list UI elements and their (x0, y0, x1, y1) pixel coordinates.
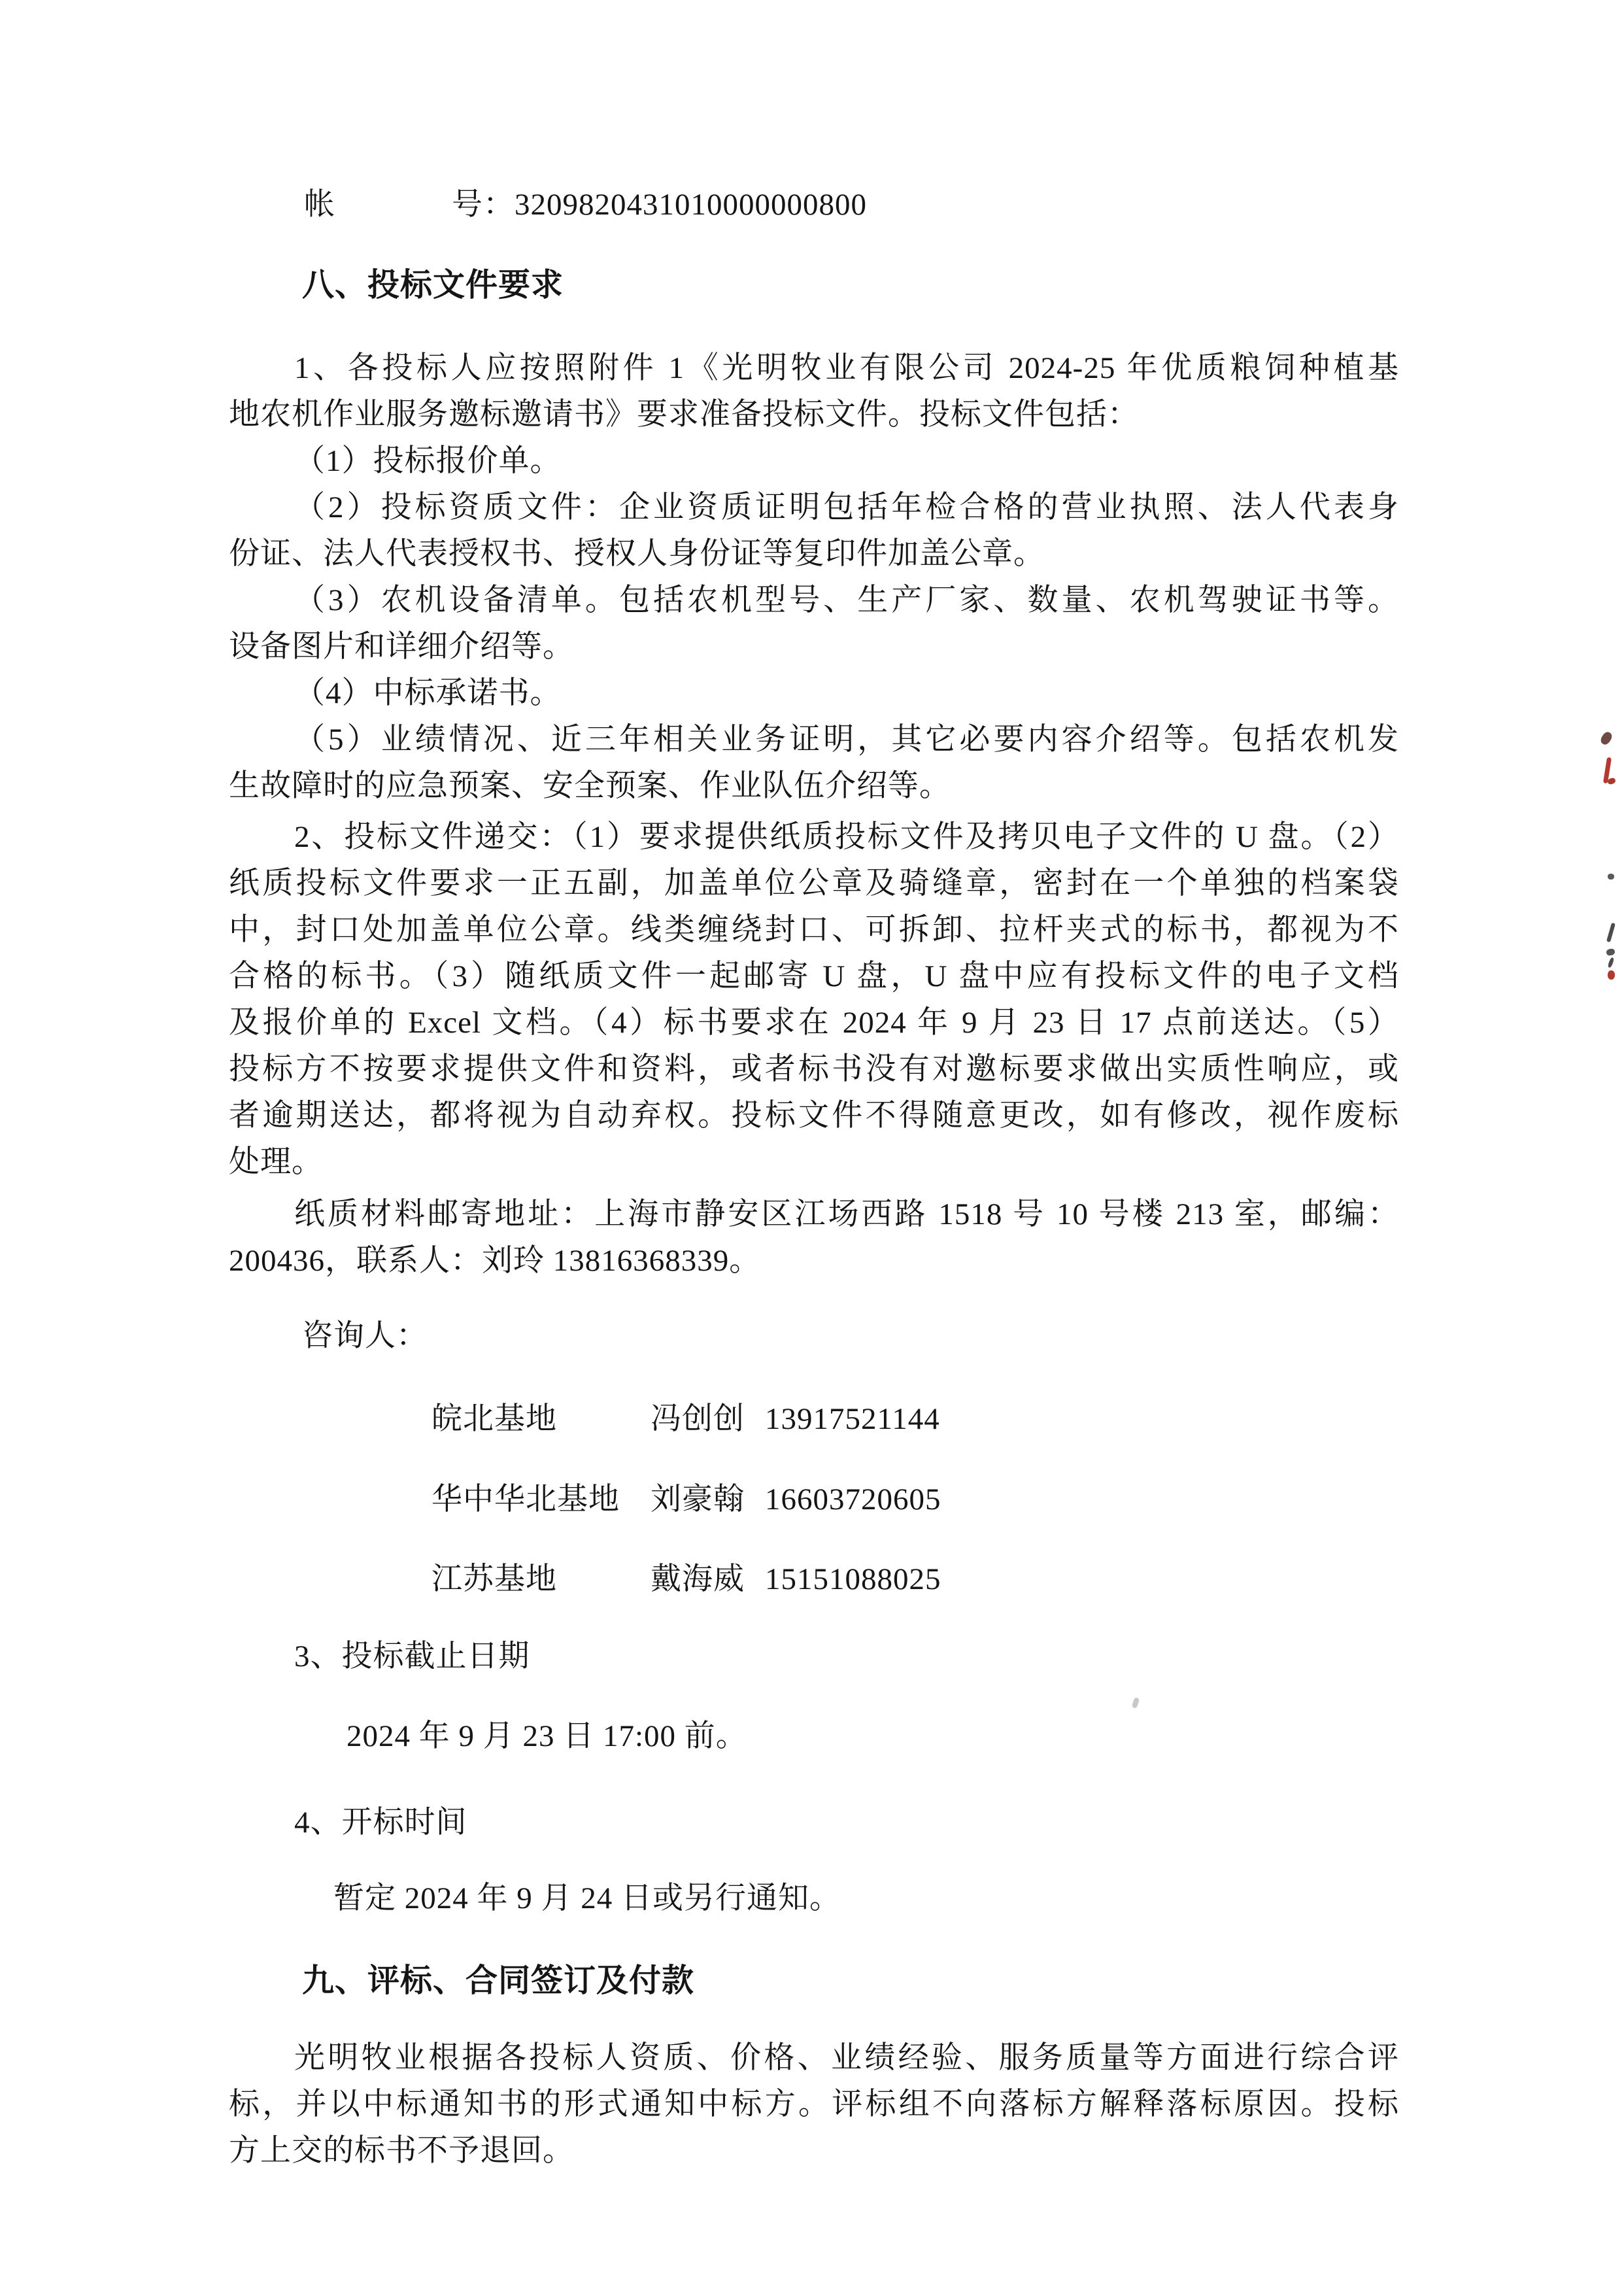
section-4-title: 4、开标时间 (229, 1800, 1399, 1846)
account-line: 帐号：3209820431010000000800 (229, 182, 1399, 228)
ink-mark (1132, 1697, 1140, 1709)
contact-row: 华中华北基地 刘豪翰 16603720605 (229, 1477, 1399, 1523)
contact-row: 皖北基地 冯创创 13917521144 (229, 1396, 1399, 1443)
bid-opening-time: 暂定 2024 年 9 月 24 日或另行通知。 (229, 1875, 1399, 1922)
text-line: 处理。 (229, 1139, 1399, 1186)
consultants-label: 咨询人： (229, 1313, 1399, 1360)
para-mailing-address: 纸质材料邮寄地址：上海市静安区江场西路 1518 号 10 号楼 213 室，邮… (229, 1191, 1399, 1284)
ink-mark (1606, 923, 1616, 942)
contact-base: 皖北基地 (431, 1396, 651, 1443)
text-line: 2024 年 9 月 23 日 17:00 前。 (347, 1713, 1399, 1760)
text-line: 地农机作业服务邀标邀请书》要求准备投标文件。投标文件包括： (229, 392, 1399, 438)
contact-name: 戴海威 (651, 1556, 765, 1603)
text-line: 份证、法人代表授权书、授权人身份证等复印件加盖公章。 (229, 531, 1399, 577)
text-line: （4）中标承诺书。 (229, 670, 1399, 717)
text-line: 暂定 2024 年 9 月 24 日或另行通知。 (333, 1875, 1399, 1922)
text-line: 纸质投标文件要求一正五副，加盖单位公章及骑缝章，密封在一个单独的档案袋 (229, 861, 1399, 907)
contact-name: 刘豪翰 (651, 1477, 765, 1523)
account-label: 帐 (304, 188, 335, 222)
text-line: 合格的标书。（3）随纸质文件一起邮寄 U 盘，U 盘中应有投标文件的电子文档 (229, 953, 1399, 1000)
text-line: 投标方不按要求提供文件和资料，或者标书没有对邀标要求做出实质性响应，或 (229, 1046, 1399, 1093)
section-9-heading: 九、评标、合同签订及付款 (229, 1957, 1399, 2004)
section-3-title: 3、投标截止日期 (229, 1634, 1399, 1680)
contact-phone: 16603720605 (765, 1477, 941, 1523)
contact-row: 江苏基地 戴海威 15151088025 (229, 1556, 1399, 1603)
para-bid-submission: 2、投标文件递交：（1）要求提供纸质投标文件及拷贝电子文件的 U 盘。（2） 纸… (229, 814, 1399, 1186)
contact-base: 江苏基地 (431, 1556, 651, 1603)
contact-base: 华中华北基地 (431, 1477, 651, 1523)
text-line: 设备图片和详细介绍等。 (229, 624, 1399, 670)
document-page: 帐号：3209820431010000000800 八、投标文件要求 1、各投标… (0, 0, 1624, 2294)
section-8-heading: 八、投标文件要求 (229, 262, 1399, 308)
text-line: 1、各投标人应按照附件 1《光明牧业有限公司 2024-25 年优质粮饲种植基 (229, 345, 1399, 392)
bid-deadline: 2024 年 9 月 23 日 17:00 前。 (229, 1713, 1399, 1760)
para-evaluation: 光明牧业根据各投标人资质、价格、业绩经验、服务质量等方面进行综合评 标，并以中标… (229, 2035, 1399, 2174)
text-line: 方上交的标书不予退回。 (229, 2128, 1399, 2174)
text-line: （2）投标资质文件：企业资质证明包括年检合格的营业执照、法人代表身 (229, 485, 1399, 531)
text-line: 3、投标截止日期 (229, 1634, 1399, 1680)
account-label-colon: 号： (452, 188, 515, 222)
text-line: 中，封口处加盖单位公章。线类缠绕封口、可拆卸、拉杆夹式的标书，都视为不 (229, 907, 1399, 953)
contact-phone: 13917521144 (765, 1396, 940, 1443)
text-line: 200436，联系人：刘玲 13816368339。 (229, 1238, 1399, 1284)
ink-mark (1608, 874, 1614, 880)
text-line: 4、开标时间 (229, 1800, 1399, 1846)
ink-mark (1608, 970, 1615, 980)
account-number: 3209820431010000000800 (515, 188, 867, 222)
text-line: 标，并以中标通知书的形式通知中标方。评标组不向落标方解释落标原因。投标 (229, 2081, 1399, 2128)
text-line: 及报价单的 Excel 文档。（4）标书要求在 2024 年 9 月 23 日 … (229, 1000, 1399, 1046)
text-line: 生故障时的应急预案、安全预案、作业队伍介绍等。 (229, 763, 1399, 810)
para-bid-document-requirements: 1、各投标人应按照附件 1《光明牧业有限公司 2024-25 年优质粮饲种植基 … (229, 345, 1399, 810)
text-line: （3）农机设备清单。包括农机型号、生产厂家、数量、农机驾驶证书等。 (229, 577, 1399, 624)
contact-phone: 15151088025 (765, 1556, 941, 1603)
text-line: 者逾期送达，都将视为自动弃权。投标文件不得随意更改，如有修改，视作废标 (229, 1093, 1399, 1139)
text-line: 纸质材料邮寄地址：上海市静安区江场西路 1518 号 10 号楼 213 室，邮… (229, 1191, 1399, 1238)
text-line: （5）业绩情况、近三年相关业务证明，其它必要内容介绍等。包括农机发 (229, 717, 1399, 763)
text-line: 光明牧业根据各投标人资质、价格、业绩经验、服务质量等方面进行综合评 (229, 2035, 1399, 2081)
ink-mark (1599, 730, 1614, 746)
contact-name: 冯创创 (651, 1396, 765, 1443)
ink-mark (1606, 948, 1616, 956)
ink-mark (1607, 957, 1614, 968)
text-line: （1）投标报价单。 (229, 438, 1399, 485)
text-line: 2、投标文件递交：（1）要求提供纸质投标文件及拷贝电子文件的 U 盘。（2） (229, 814, 1399, 861)
